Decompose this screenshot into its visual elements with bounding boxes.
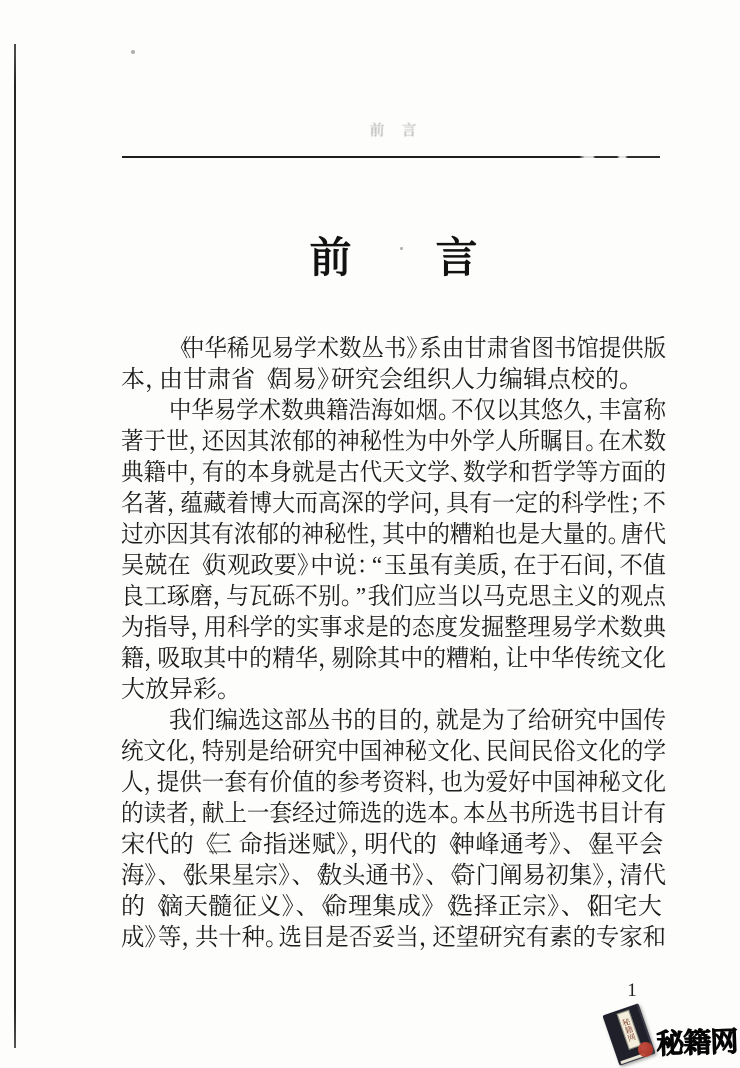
- text-line: 为指导，用科学的实事求是的态度发掘整理易学术数典: [121, 613, 666, 644]
- text-line-content: 过亦因其有浓郁的神秘性，其中的糟粕也是大量的。唐代: [121, 520, 666, 551]
- text-line: 人，提供一套有价值的参考资料，也为爱好中国神秘文化: [121, 768, 666, 799]
- text-line-content: 宋代的《三 命指迷赋》，明代的《神峰通考》、《星平会: [121, 830, 664, 861]
- text-line-content: 典籍中，有的本身就是古代天文学、数学和哲学等方面的: [121, 458, 666, 489]
- text-line: 过亦因其有浓郁的神秘性，其中的糟粕也是大量的。唐代: [121, 520, 666, 551]
- text-line: 成》等，共十种。选目是否妥当，还望研究有素的专家和: [121, 923, 666, 954]
- text-line-content: 的《滴天髓征义》、《命理集成》《选择正宗》、《阳宅大: [121, 892, 662, 923]
- text-line: 大放异彩。: [121, 675, 666, 706]
- scan-speck: [131, 50, 135, 54]
- text-line-content: 成》等，共十种。选目是否妥当，还望研究有素的专家和: [121, 923, 666, 954]
- site-watermark: 秘籍网 秘籍网: [600, 1000, 740, 1068]
- header-rule: [122, 156, 660, 158]
- text-line-content: 著于世，还因其浓郁的神秘性为中外学人所瞩目。在术数: [121, 427, 666, 458]
- watermark-site-name: 秘籍网: [655, 1020, 737, 1063]
- text-line-content: 《中华稀见易学术数丛书》系由甘肃省图书馆提供版: [169, 334, 666, 365]
- text-line-content: 吴兢在《贞观政要》中说：“玉虽有美质，在于石间，不值: [121, 551, 666, 582]
- text-line-content: 名著，蕴藏着博大而高深的学问，具有一定的科学性；不: [121, 489, 666, 520]
- text-line: 典籍中，有的本身就是古代天文学、数学和哲学等方面的: [121, 458, 666, 489]
- book-cover-label: 秘籍网: [617, 1010, 642, 1050]
- text-line-content: 的读者，献上一套经过筛选的选本。本丛书所选书目计有: [121, 799, 666, 830]
- scanned-book-page: 前 言 前 言 《中华稀见易学术数丛书》系由甘肃省图书馆提供版 本，由甘肃省《周…: [0, 0, 740, 1068]
- text-line: 我们编选这部丛书的目的，就是为了给研究中国传: [121, 706, 666, 737]
- text-line: 宋代的《三 命指迷赋》，明代的《神峰通考》、《星平会: [121, 830, 666, 861]
- text-line: 名著，蕴藏着博大而高深的学问，具有一定的科学性；不: [121, 489, 666, 520]
- running-header: 前 言: [121, 119, 666, 140]
- text-line: 中华易学术数典籍浩海如烟。不仅以其悠久，丰富称: [121, 396, 666, 427]
- text-line-content: 本，由甘肃省《周易》研究会组织人力编辑点校的。: [121, 365, 633, 396]
- text-line-content: 统文化，特别是给研究中国神秘文化、民间民俗文化的学: [121, 737, 666, 768]
- text-line: 的读者，献上一套经过筛选的选本。本丛书所选书目计有: [121, 799, 666, 830]
- text-line: 的《滴天髓征义》、《命理集成》《选择正宗》、《阳宅大: [121, 892, 666, 923]
- page-number: 1: [618, 980, 646, 1002]
- text-line-content: 籍，吸取其中的精华，剔除其中的糟粕，让中华传统文化: [121, 644, 666, 675]
- page-title: 前 言: [121, 234, 666, 282]
- text-line-content: 大放异彩。: [121, 675, 231, 706]
- text-line: 良工琢磨，与瓦砾不别。”我们应当以马克思主义的观点: [121, 582, 666, 613]
- text-line: 统文化，特别是给研究中国神秘文化、民间民俗文化的学: [121, 737, 666, 768]
- red-seal-icon: [638, 1042, 653, 1057]
- text-line-content: 海》、《张果星宗》、《敖头通书》、《奇门阐易初集》，清代: [121, 861, 666, 892]
- scan-artifact-line: [14, 44, 16, 1048]
- text-line: 吴兢在《贞观政要》中说：“玉虽有美质，在于石间，不值: [121, 551, 666, 582]
- text-line-content: 为指导，用科学的实事求是的态度发掘整理易学术数典: [121, 613, 666, 644]
- text-line-content: 中华易学术数典籍浩海如烟。不仅以其悠久，丰富称: [169, 396, 666, 427]
- text-line: 籍，吸取其中的精华，剔除其中的糟粕，让中华传统文化: [121, 644, 666, 675]
- text-line: 著于世，还因其浓郁的神秘性为中外学人所瞩目。在术数: [121, 427, 666, 458]
- text-line: 《中华稀见易学术数丛书》系由甘肃省图书馆提供版: [121, 334, 666, 365]
- text-line: 本，由甘肃省《周易》研究会组织人力编辑点校的。: [121, 365, 666, 396]
- text-line-content: 人，提供一套有价值的参考资料，也为爱好中国神秘文化: [121, 768, 666, 799]
- body-text: 《中华稀见易学术数丛书》系由甘肃省图书馆提供版 本，由甘肃省《周易》研究会组织人…: [121, 334, 666, 954]
- text-line-content: 良工琢磨，与瓦砾不别。”我们应当以马克思主义的观点: [121, 582, 666, 613]
- text-line: 海》、《张果星宗》、《敖头通书》、《奇门阐易初集》，清代: [121, 861, 666, 892]
- text-line-content: 我们编选这部丛书的目的，就是为了给研究中国传: [169, 706, 666, 737]
